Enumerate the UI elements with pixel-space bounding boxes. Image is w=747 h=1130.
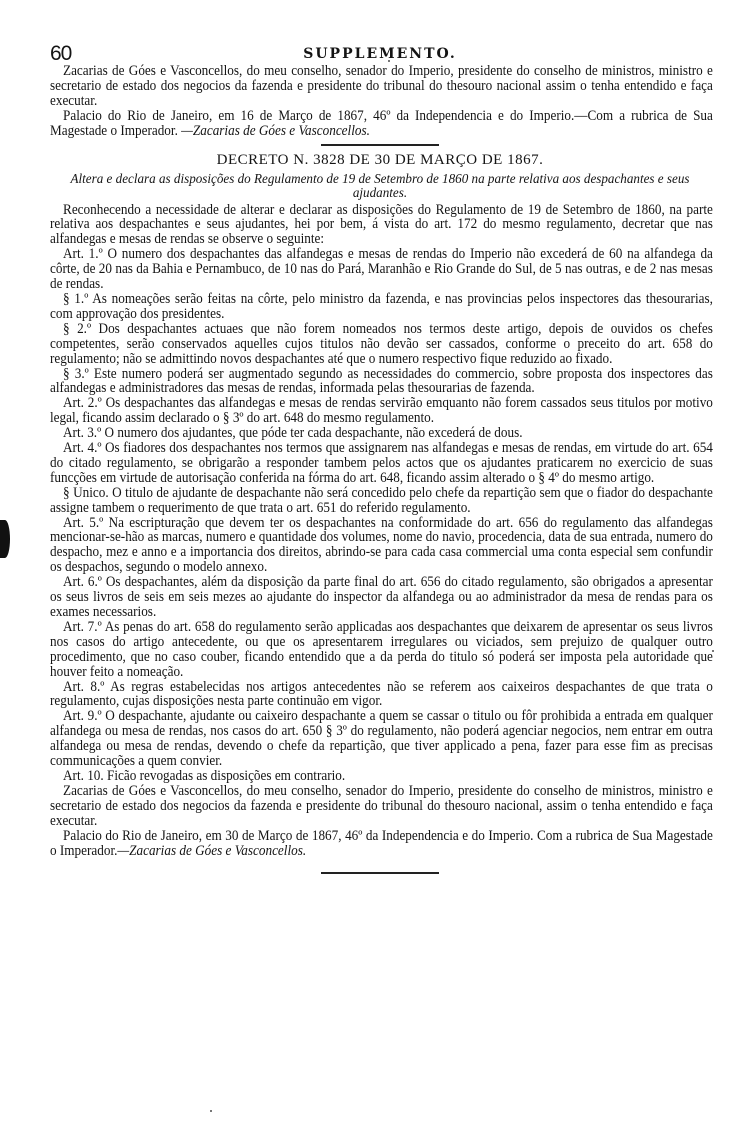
scan-speck — [210, 1110, 212, 1112]
scan-ink-blot — [0, 520, 10, 558]
article-3: Art. 3.º O numero dos ajudantes, que pód… — [50, 426, 713, 441]
article-1: Art. 1.º O numero dos despachantes das a… — [50, 247, 713, 292]
article-7: Art. 7.º As penas do art. 658 do regulam… — [50, 620, 713, 680]
article-8: Art. 8.º As regras estabelecidas nos art… — [50, 680, 713, 710]
decree-section: DECRETO N. 3828 DE 30 DE MARÇO DE 1867. … — [50, 152, 710, 859]
article-4-sole-para: § Unico. O titulo de ajudante de despach… — [50, 486, 713, 516]
signature: —Zacarias de Góes e Vasconcellos. — [181, 123, 370, 139]
article-2: Art. 2.º Os despachantes das alfandegas … — [50, 396, 713, 426]
signature: —Zacarias de Góes e Vasconcellos. — [117, 843, 306, 859]
article-1-para-2: § 2.º Dos despachantes actuaes que não f… — [50, 322, 713, 367]
article-10: Art. 10. Ficão revogadas as disposições … — [50, 769, 713, 784]
place-date: Palacio do Rio de Janeiro, em 30 de Març… — [50, 829, 713, 859]
running-title: SUPPLEMENTO. — [50, 46, 710, 62]
page-header: 60 SUPPLEMENTO. — [50, 42, 710, 64]
section-divider — [321, 144, 439, 146]
article-4: Art. 4.º Os fiadores dos despachantes no… — [50, 441, 713, 486]
paragraph-text: Palacio do Rio de Janeiro, em 16 de Març… — [50, 108, 713, 139]
document-page: 60 SUPPLEMENTO. Zacarias de Góes e Vasco… — [50, 42, 710, 880]
paragraph: Zacarias de Góes e Vasconcellos, do meu … — [50, 64, 713, 109]
article-1-para-1: § 1.º As nomeações serão feitas na côrte… — [50, 292, 713, 322]
article-1-para-3: § 3.º Este numero poderá ser augmentado … — [50, 367, 713, 397]
closing-clause: Zacarias de Góes e Vasconcellos, do meu … — [50, 784, 713, 829]
decree-title: DECRETO N. 3828 DE 30 DE MARÇO DE 1867. — [50, 152, 710, 169]
previous-decree-ending: Zacarias de Góes e Vasconcellos, do meu … — [50, 64, 710, 139]
end-divider — [321, 872, 439, 874]
article-5: Art. 5.º Na escripturação que devem ter … — [50, 516, 713, 576]
decree-summary: Altera e declara as disposições do Regul… — [67, 172, 694, 200]
article-9: Art. 9.º O despachante, ajudante ou caix… — [50, 709, 713, 769]
paragraph: Palacio do Rio de Janeiro, em 16 de Març… — [50, 109, 713, 139]
preamble: Reconhecendo a necessidade de alterar e … — [50, 203, 713, 248]
article-6: Art. 6.º Os despachantes, além da dispos… — [50, 575, 713, 620]
